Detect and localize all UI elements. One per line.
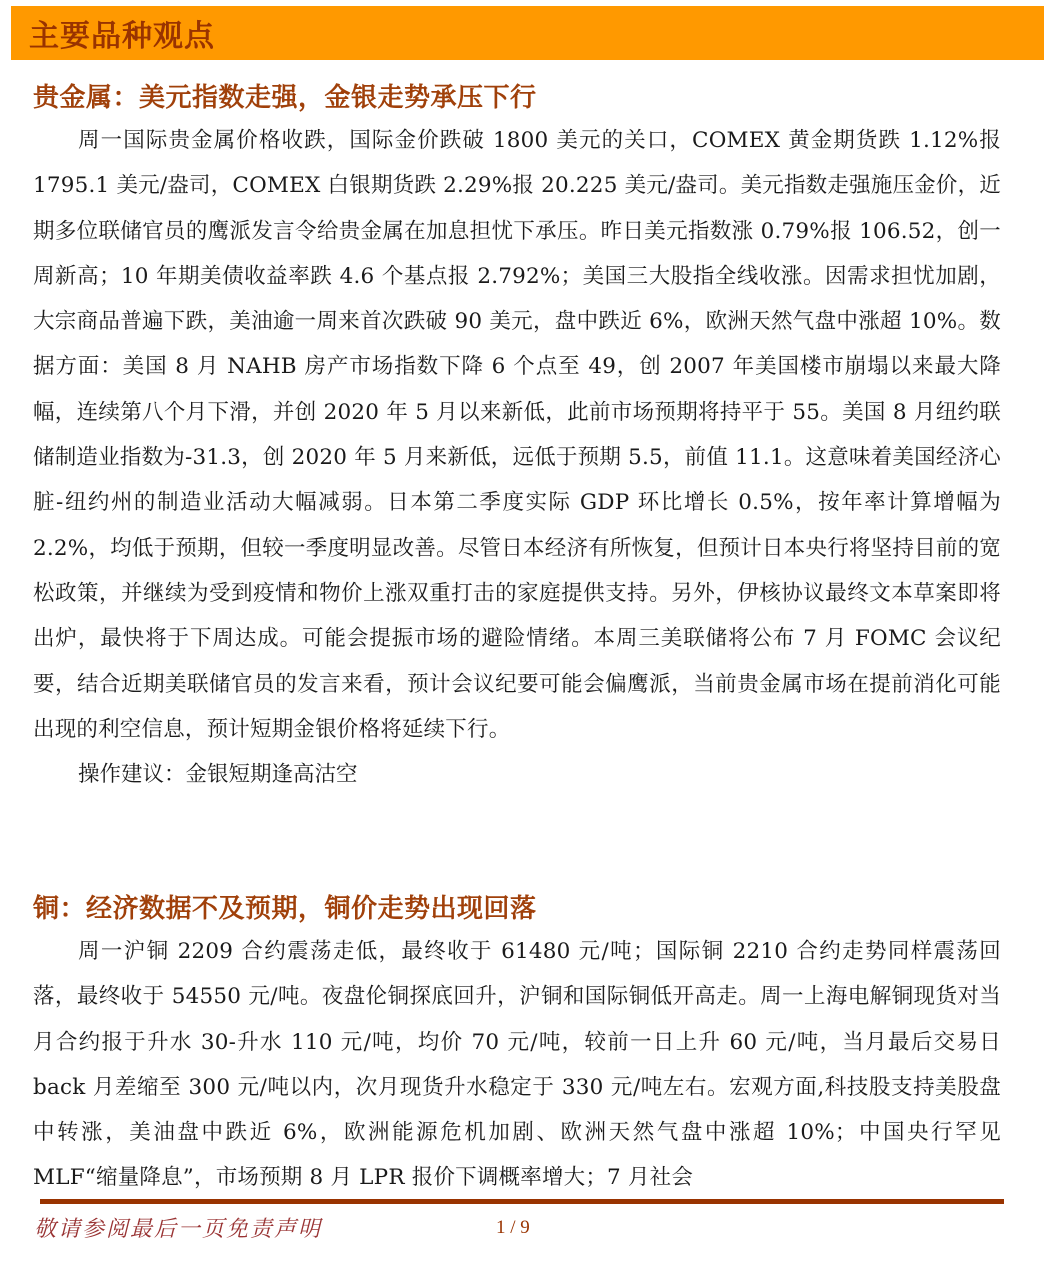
section-body-precious-metals: 周一国际贵金属价格收跌，国际金价跌破 1800 美元的关口，COMEX 黄金期货… (33, 118, 1001, 752)
section-heading-copper: 铜：经济数据不及预期，铜价走势出现回落 (33, 889, 1001, 929)
section-body-copper: 周一沪铜 2209 合约震荡走低，最终收于 61480 元/吨；国际铜 2210… (33, 929, 1001, 1201)
section-heading-precious-metals: 贵金属：美元指数走强，金银走势承压下行 (33, 78, 1001, 118)
page-number: 1 / 9 (496, 1217, 530, 1239)
copper-section: 铜：经济数据不及预期，铜价走势出现回落 周一沪铜 2209 合约震荡走低，最终收… (33, 889, 1001, 1201)
trading-suggestion: 操作建议：金银短期逢高沽空 (33, 752, 1001, 797)
page-title: 主要品种观点 (29, 11, 215, 55)
footer-divider (40, 1199, 1004, 1204)
disclaimer-note: 敬请参阅最后一页免责声明 (34, 1212, 322, 1243)
precious-metals-section: 贵金属：美元指数走强，金银走势承压下行 周一国际贵金属价格收跌，国际金价跌破 1… (33, 78, 1001, 797)
section-header-bar: 主要品种观点 (11, 6, 1044, 60)
